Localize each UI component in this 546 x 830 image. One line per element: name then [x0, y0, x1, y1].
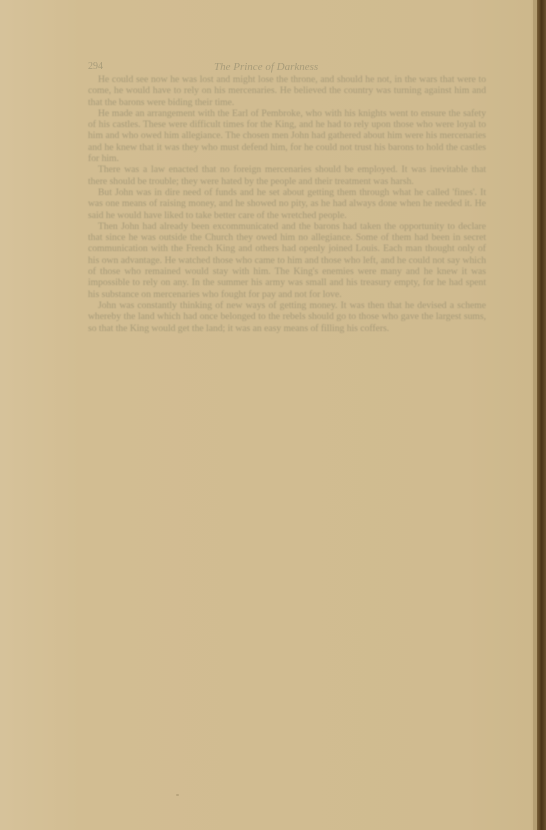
body-text: He could see now he was lost and might l… [88, 74, 486, 334]
page-speck [176, 794, 179, 796]
paragraph: He made an arrangement with the Earl of … [88, 108, 486, 164]
page-number: 294 [88, 61, 103, 72]
paragraph: Then John had already been excommunicate… [88, 221, 486, 300]
running-title: The Prince of Darkness [214, 61, 318, 73]
paragraph: He could see now he was lost and might l… [88, 74, 486, 108]
book-page: 294 The Prince of Darkness He could see … [0, 0, 546, 830]
paragraph: But John was in dire need of funds and h… [88, 187, 486, 221]
paragraph: There was a law enacted that no foreign … [88, 164, 486, 187]
paragraph: John was constantly thinking of new ways… [88, 300, 486, 334]
book-spine-border [537, 0, 546, 830]
page-header: 294 The Prince of Darkness [88, 61, 488, 73]
